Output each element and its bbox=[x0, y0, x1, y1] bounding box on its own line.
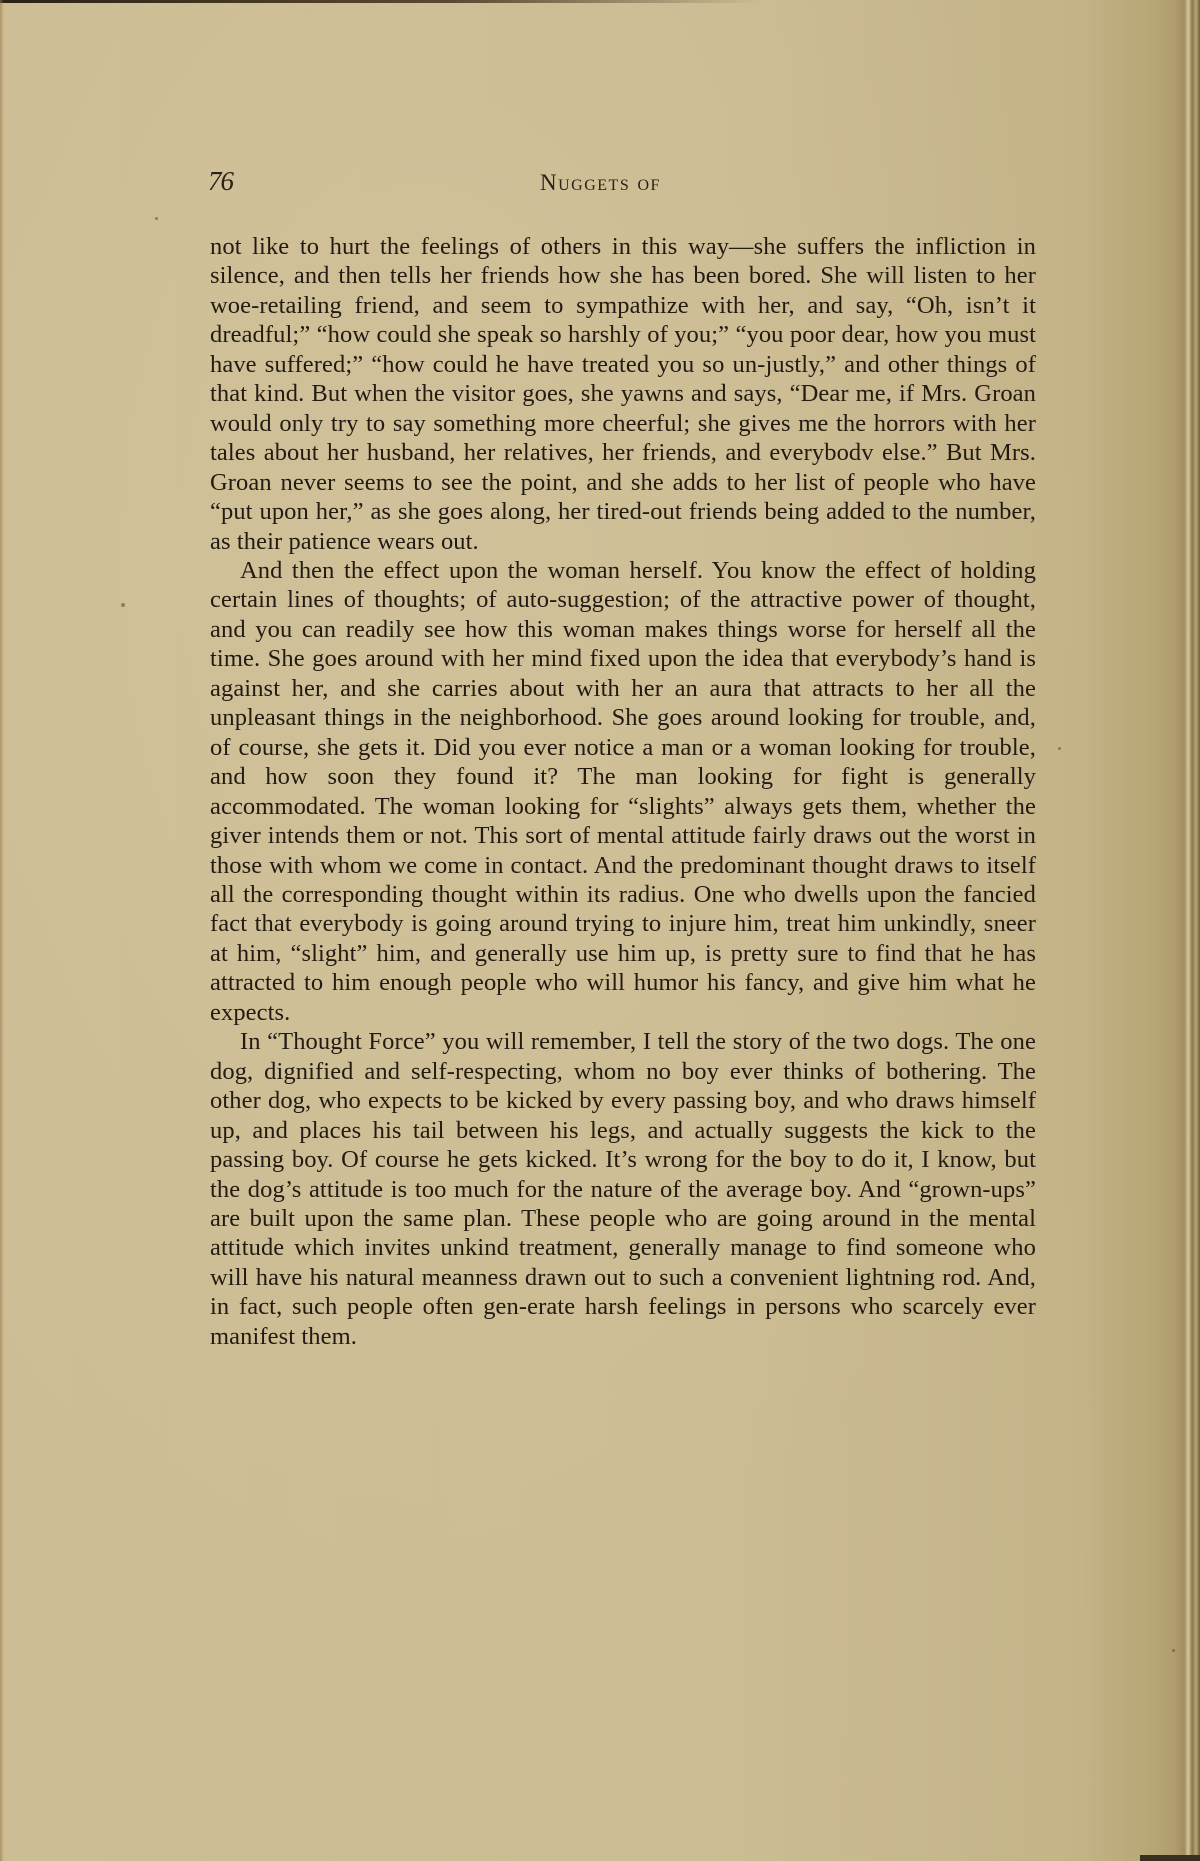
page-bottom-corner bbox=[1140, 1855, 1200, 1861]
body-text: not like to hurt the feelings of others … bbox=[210, 232, 1036, 1351]
page-number: 76 bbox=[208, 166, 233, 197]
paper-speck bbox=[121, 603, 125, 607]
paragraph-2: And then the effect upon the woman herse… bbox=[210, 556, 1036, 1027]
book-page: 76 Nuggets of not like to hurt the feeli… bbox=[0, 0, 1200, 1861]
paragraph-1: not like to hurt the feelings of others … bbox=[210, 232, 1036, 556]
paper-speck bbox=[155, 217, 158, 220]
paper-speck bbox=[1058, 747, 1061, 750]
paragraph-3: In “Thought Force” you will remember, I … bbox=[210, 1027, 1036, 1351]
running-title: Nuggets of bbox=[540, 170, 661, 196]
page-top-edge bbox=[0, 0, 760, 3]
paper-speck bbox=[1172, 1649, 1175, 1652]
page-left-edge bbox=[0, 0, 4, 1861]
page-fore-edge bbox=[1174, 0, 1200, 1861]
running-head: 76 Nuggets of bbox=[208, 166, 1038, 202]
